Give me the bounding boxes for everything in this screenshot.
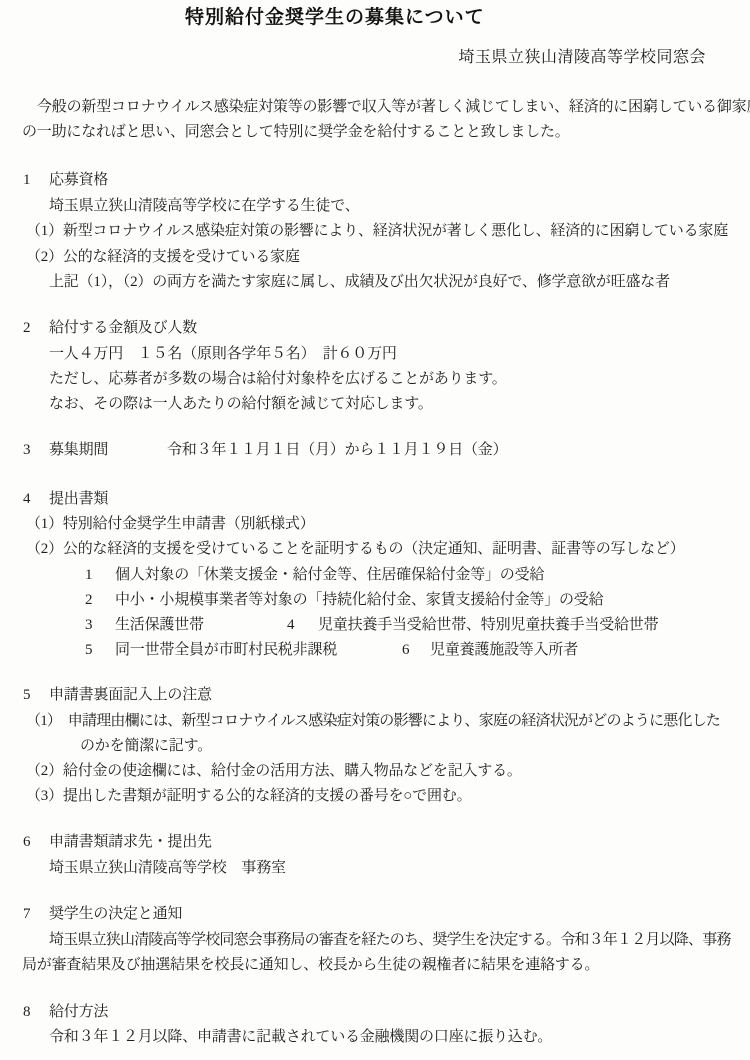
section-4-subitem-6-number: 6 xyxy=(402,640,409,660)
section-7-heading: 奨学生の決定と通知 xyxy=(49,904,182,924)
section-4-subitem-5-text: 同一世帯全員が市町村民税非課税 xyxy=(115,640,337,660)
section-4-subitem-2-text: 中小・小規模事業者等対象の「持続化給付金、家賃支援給付金等」の受給 xyxy=(115,590,603,610)
section-8-heading: 給付方法 xyxy=(49,1002,108,1022)
section-4-subitem-3-number: 3 xyxy=(85,615,92,635)
section-4-subitem-3-text: 生活保護世帯 xyxy=(115,615,204,635)
section-1-heading: 応募資格 xyxy=(49,170,108,190)
section-1-item-2: （2）公的な経済的支援を受けている家庭 xyxy=(26,247,300,267)
section-7-number: 7 xyxy=(23,904,30,924)
section-4-heading: 提出書類 xyxy=(49,489,108,509)
section-4-number: 4 xyxy=(23,489,30,509)
section-5-item-1-line-1: （1） 申請理由欄には、新型コロナウイルス感染症対策の影響により、家庭の経済状況… xyxy=(26,711,720,731)
section-3-period: 令和３年１１月１日（月）から１１月１９日（金） xyxy=(167,440,507,460)
section-4-subitem-6-text: 児童養護施設等入所者 xyxy=(430,640,578,660)
section-5-heading: 申請書裏面記入上の注意 xyxy=(49,685,212,705)
section-4-subitem-1-text: 個人対象の「休業支援金・給付金等、住居確保給付金等」の受給 xyxy=(115,565,544,585)
section-7-body-line-1: 埼玉県立狭山清陵高等学校同窓会事務局の審査を経たのち、奨学生を決定する。令和３年… xyxy=(49,930,731,950)
section-8-number: 8 xyxy=(23,1002,30,1022)
section-3-heading: 募集期間 xyxy=(49,440,108,460)
section-7-body-line-2: 局が審査結果及び抽選結果を校長に通知し、校長から生徒の親権者に結果を連絡する。 xyxy=(22,955,599,975)
section-4-subitem-4-text: 児童扶養手当受給世帯、特別児童扶養手当受給世帯 xyxy=(318,615,658,635)
section-6-heading: 申請書類請求先・提出先 xyxy=(49,832,212,852)
section-6-body: 埼玉県立狭山清陵高等学校 事務室 xyxy=(49,858,286,878)
organization-name: 埼玉県立狭山清陵高等学校同窓会 xyxy=(458,48,706,68)
section-1-number: 1 xyxy=(23,170,30,190)
section-5-item-2: （2）給付金の使途欄には、給付金の活用方法、購入物品などを記入する。 xyxy=(26,761,522,781)
intro-line-1: 今般の新型コロナウイルス感染症対策等の影響で収入等が著しく減じてしまい、経済的に… xyxy=(37,97,750,117)
section-3-number: 3 xyxy=(23,440,30,460)
section-4-subitem-2-number: 2 xyxy=(85,590,92,610)
section-4-subitem-5-number: 5 xyxy=(85,640,92,660)
section-4-subitem-4-number: 4 xyxy=(287,615,294,635)
section-4-item-2: （2）公的な経済的支援を受けていることを証明するもの（決定通知、証明書、証書等の… xyxy=(26,539,685,559)
section-2-note-1: ただし、応募者が多数の場合は給付対象枠を広げることがあります。 xyxy=(49,369,507,389)
section-6-number: 6 xyxy=(23,832,30,852)
section-2-heading: 給付する金額及び人数 xyxy=(49,318,197,338)
section-5-item-3: （3）提出した書類が証明する公的な経済的支援の番号を○で囲む。 xyxy=(26,786,471,806)
section-2-note-2: なお、その際は一人あたりの給付額を減じて対応します。 xyxy=(49,394,433,414)
section-5-item-1-line-2: のかを簡潔に記す。 xyxy=(80,736,212,756)
section-1-intro: 埼玉県立狭山清陵高等学校に在学する生徒で、 xyxy=(49,196,360,216)
document-page: 特別給付金奨学生の募集について 埼玉県立狭山清陵高等学校同窓会 今般の新型コロナ… xyxy=(0,0,750,1060)
doc-title: 特別給付金奨学生の募集について xyxy=(185,8,485,28)
section-8-body: 令和３年１２月以降、申請書に記載されている金融機関の口座に振り込む。 xyxy=(49,1027,552,1047)
section-4-subitem-1-number: 1 xyxy=(85,565,92,585)
section-4-item-1: （1）特別給付金奨学生申請書（別紙様式） xyxy=(26,514,315,534)
section-2-number: 2 xyxy=(23,318,30,338)
section-5-number: 5 xyxy=(23,685,30,705)
section-1-note: 上記（1），（2）の両方を満たす家庭に属し、成績及び出欠状況が良好で、修学意欲が… xyxy=(49,272,670,292)
section-1-item-1: （1）新型コロナウイルス感染症対策の影響により、経済状況が著しく悪化し、経済的に… xyxy=(26,221,728,241)
section-2-amount: 一人４万円 １５名（原則各学年５名） 計６０万円 xyxy=(49,344,397,364)
intro-line-2: の一助になればと思い、同窓会として特別に奨学金を給付することと致しました。 xyxy=(22,122,570,142)
